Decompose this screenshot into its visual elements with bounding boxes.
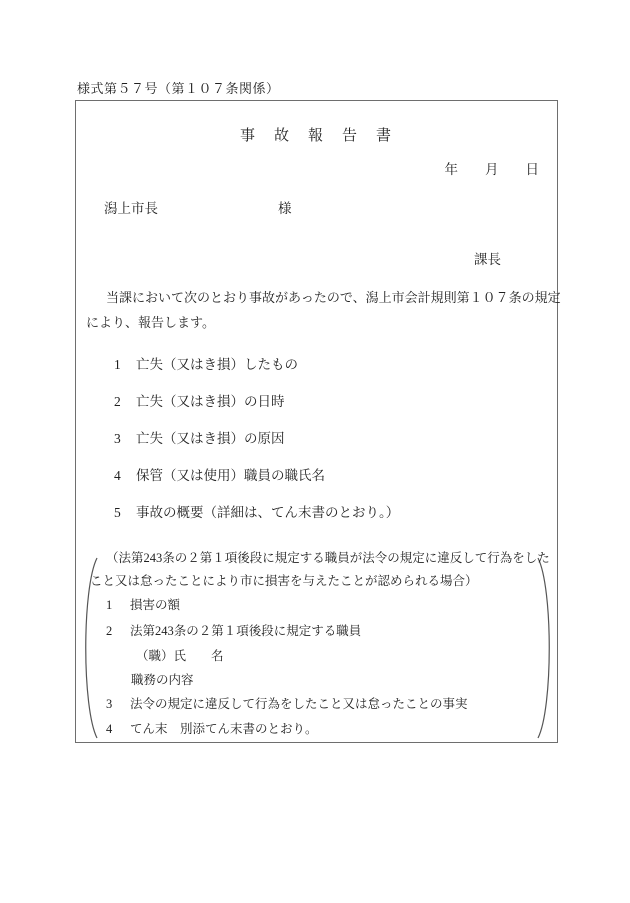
liability-subline-name: （職）氏 名 xyxy=(136,646,224,664)
liability-item: 3法令の規定に違反して行為をしたこと又は怠ったことの事実 xyxy=(106,694,468,712)
liability-item: 1損害の額 xyxy=(106,595,180,613)
item-text: 法第243条の２第１項後段に規定する職員 xyxy=(130,624,361,638)
right-parenthesis-icon xyxy=(536,556,556,740)
liability-intro-line2: こと又は怠ったことにより市に損害を与えたことが認められる場合） xyxy=(90,571,478,589)
accident-report-page: 様式第５７号（第１０７条関係） 事 故 報 告 書 年 月 日 潟上市長 様 課… xyxy=(0,0,630,903)
item-number: 4 xyxy=(106,722,130,737)
item-text: てん末 別添てん末書のとおり。 xyxy=(130,722,318,736)
report-frame: 事 故 報 告 書 年 月 日 潟上市長 様 課長 当課において次のとおり事故が… xyxy=(75,100,558,743)
liability-item: 2法第243条の２第１項後段に規定する職員 xyxy=(106,621,361,639)
item-number: 1 xyxy=(106,598,130,613)
item-text: 損害の額 xyxy=(130,598,180,612)
liability-item: 4てん末 別添てん末書のとおり。 xyxy=(106,719,318,737)
item-number: 2 xyxy=(106,624,130,639)
liability-section: （法第243条の２第１項後段に規定する職員が法令の規定に違反して行為をした こと… xyxy=(76,101,557,742)
item-number: 3 xyxy=(106,697,130,712)
liability-intro-line1: （法第243条の２第１項後段に規定する職員が法令の規定に違反して行為をした xyxy=(106,548,550,566)
form-number-label: 様式第５７号（第１０７条関係） xyxy=(77,78,280,97)
liability-subline-duty: 職務の内容 xyxy=(131,670,194,688)
item-text: 法令の規定に違反して行為をしたこと又は怠ったことの事実 xyxy=(130,697,468,711)
